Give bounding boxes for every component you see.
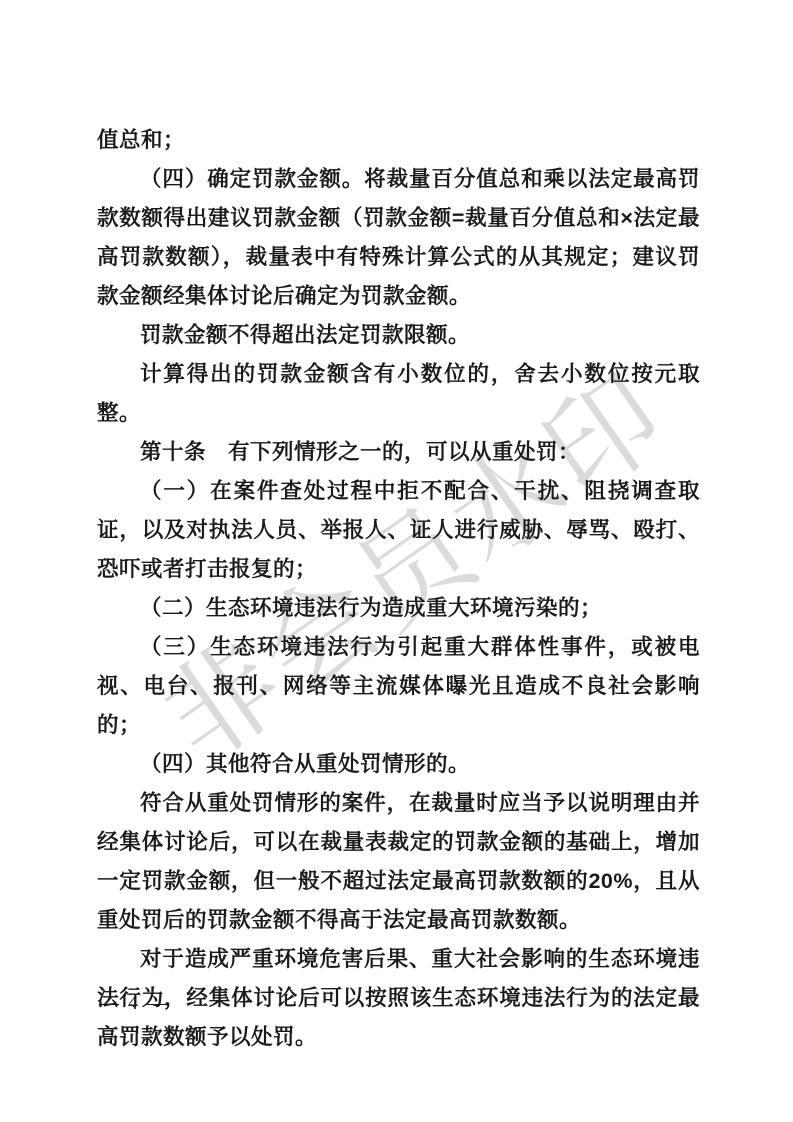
paragraph-fine-limit: 罚款金额不得超出法定罚款限额。 — [97, 316, 700, 355]
paragraph-article-10-heading: 第十条 有下列情形之一的，可以从重处罚： — [97, 433, 700, 472]
page-number: — 4 — — [99, 992, 169, 1015]
paragraph-continuation: 值总和； — [97, 121, 700, 160]
document-page: 非会员水印 值总和； （四）确定罚款金额。将裁量百分值总和乘以法定最高罚款数额得… — [0, 0, 793, 1122]
paragraph-clause-2: （二）生态环境违法行为造成重大环境污染的； — [97, 589, 700, 628]
document-body: 值总和； （四）确定罚款金额。将裁量百分值总和乘以法定最高罚款数额得出建议罚款金… — [97, 121, 700, 1057]
paragraph-clause-4: （四）其他符合从重处罚情形的。 — [97, 745, 700, 784]
paragraph-heavier-penalty-rule: 符合从重处罚情形的案件，在裁量时应当予以说明理由并经集体讨论后，可以在裁量表裁定… — [97, 784, 700, 940]
paragraph-severe-harm-rule: 对于造成严重环境危害后果、重大社会影响的生态环境违法行为，经集体讨论后可以按照该… — [97, 940, 700, 1057]
paragraph-clause-1: （一）在案件查处过程中拒不配合、干扰、阻挠调查取证，以及对执法人员、举报人、证人… — [97, 472, 700, 589]
paragraph-item-4-determine-fine: （四）确定罚款金额。将裁量百分值总和乘以法定最高罚款数额得出建议罚款金额（罚款金… — [97, 160, 700, 316]
paragraph-clause-3: （三）生态环境违法行为引起重大群体性事件，或被电视、电台、报刊、网络等主流媒体曝… — [97, 628, 700, 745]
paragraph-rounding-rule: 计算得出的罚款金额含有小数位的，舍去小数位按元取整。 — [97, 355, 700, 433]
